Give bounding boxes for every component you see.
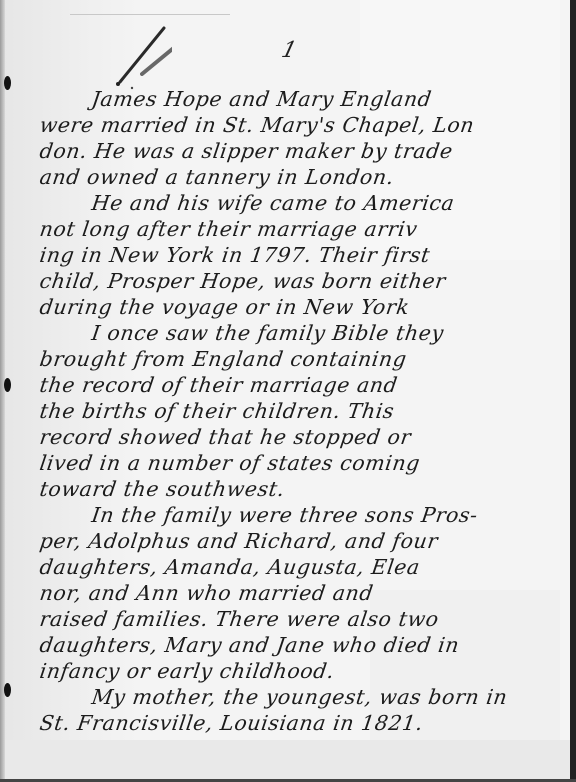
handwritten-text: James Hope and Mary England were married… xyxy=(38,86,573,736)
text-line: don. He was a slipper maker by trade xyxy=(38,138,576,164)
faint-top-rule xyxy=(70,14,230,15)
text-line: the births of their children. This xyxy=(38,398,576,424)
binding-hole-icon xyxy=(4,76,11,90)
text-line: lived in a number of states coming xyxy=(38,450,576,476)
text-line: not long after their marriage arriv xyxy=(38,216,576,242)
text-line: brought from England containing xyxy=(38,346,576,372)
text-line: He and his wife came to America xyxy=(38,190,576,216)
text-line: St. Francisville, Louisiana in 1821. xyxy=(38,710,576,736)
text-line: In the family were three sons Pros- xyxy=(38,502,576,528)
text-line: per, Adolphus and Richard, and four xyxy=(38,528,576,554)
page-left-edge xyxy=(0,0,5,782)
text-line: James Hope and Mary England xyxy=(38,86,576,112)
text-line: during the voyage or in New York xyxy=(38,294,576,320)
binding-hole-icon xyxy=(4,378,11,392)
scan-shading xyxy=(0,740,576,782)
text-line: ing in New York in 1797. Their first xyxy=(38,242,576,268)
text-line: nor, and Ann who married and xyxy=(38,580,576,606)
text-line: child, Prosper Hope, was born either xyxy=(38,268,576,294)
text-line: record showed that he stopped or xyxy=(38,424,576,450)
manuscript-page: 1 James Hope and Mary England were marri… xyxy=(0,0,576,782)
text-line: My mother, the youngest, was born in xyxy=(38,684,576,710)
text-line: I once saw the family Bible they xyxy=(38,320,576,346)
text-line: daughters, Amanda, Augusta, Elea xyxy=(38,554,576,580)
text-line: infancy or early childhood. xyxy=(38,658,576,684)
text-line: daughters, Mary and Jane who died in xyxy=(38,632,576,658)
text-line: toward the southwest. xyxy=(38,476,576,502)
text-line: and owned a tannery in London. xyxy=(38,164,576,190)
text-line: the record of their marriage and xyxy=(38,372,576,398)
binding-hole-icon xyxy=(4,683,11,697)
text-line: raised families. There were also two xyxy=(38,606,576,632)
text-line: were married in St. Mary's Chapel, Lon xyxy=(38,112,576,138)
corner-mark-ii xyxy=(112,24,172,94)
page-number: 1 xyxy=(279,38,299,63)
